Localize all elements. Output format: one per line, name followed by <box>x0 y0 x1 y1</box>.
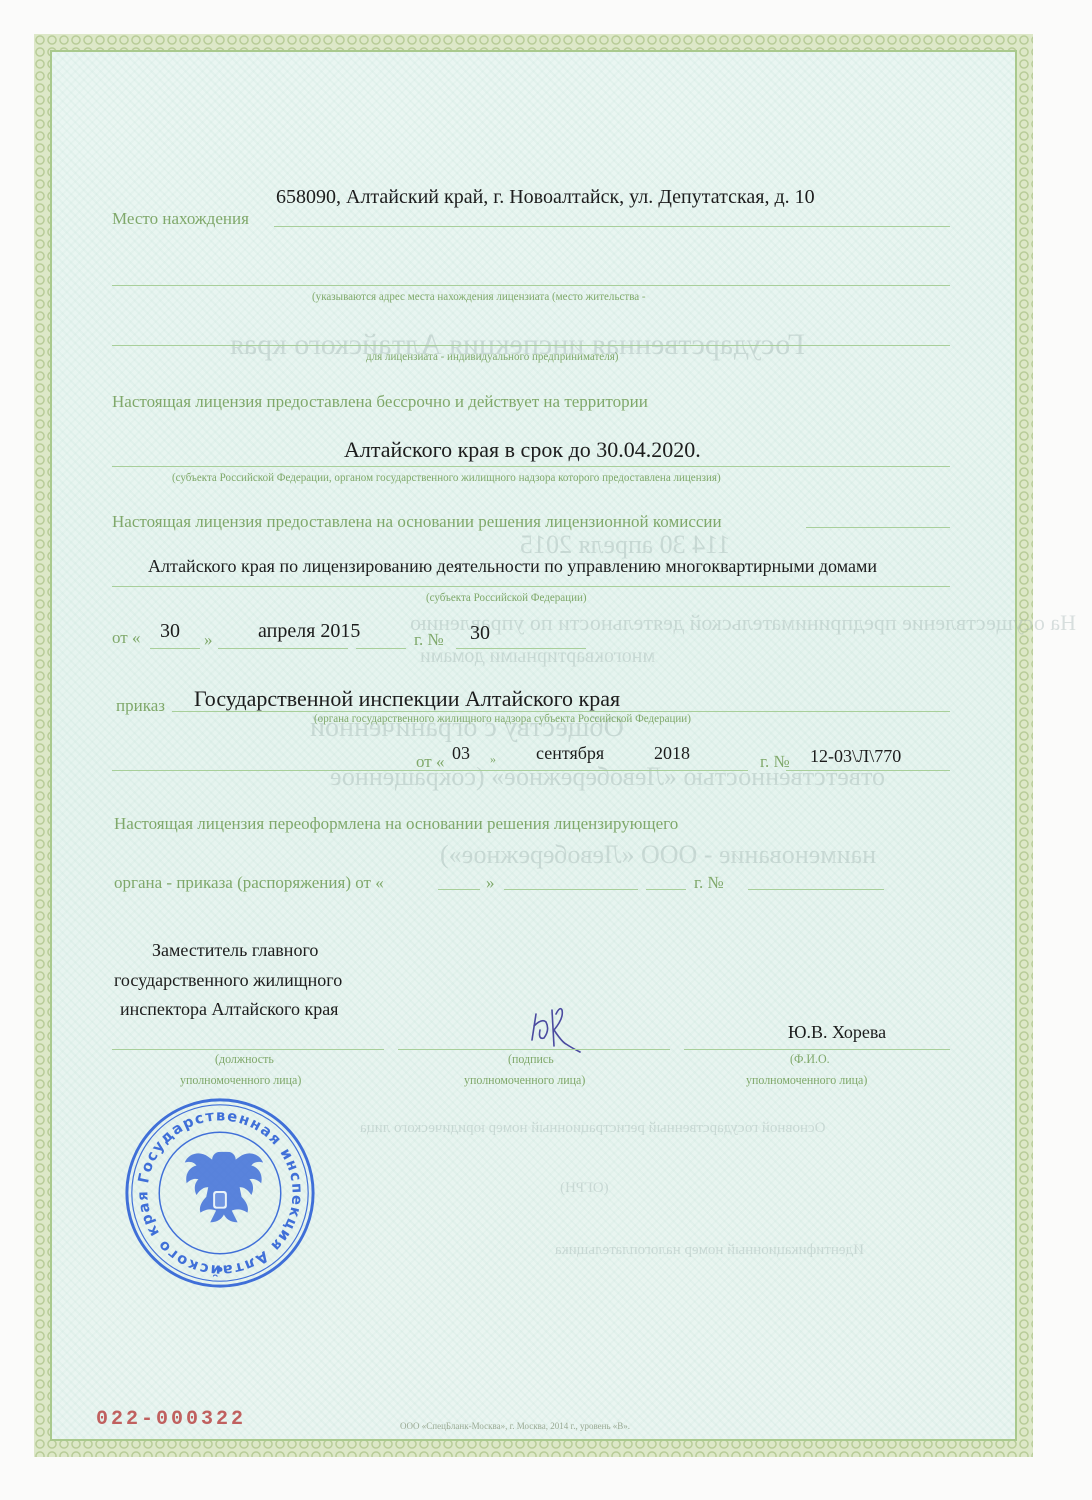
order-day: 03 <box>452 743 470 764</box>
address-line-3 <box>112 345 950 346</box>
commission-line <box>806 527 950 528</box>
address-line <box>274 226 950 227</box>
printer-imprint: ООО «СпецБланк-Москва», г. Москва, 2014 … <box>400 1421 630 1431</box>
reissue-number-field[interactable] <box>748 889 884 890</box>
commission-number-prefix: г. № <box>414 630 444 650</box>
signature-hint-2: уполномоченного лица) <box>464 1072 585 1088</box>
commission-number-line <box>456 648 586 649</box>
reissue-label: Настоящая лицензия переоформлена на осно… <box>114 814 678 834</box>
position-hint-2: уполномоченного лица) <box>180 1072 301 1088</box>
validity-line <box>112 466 950 467</box>
validity-hint: (субъекта Российской Федерации, органом … <box>172 470 721 485</box>
reissue-month-field[interactable] <box>504 889 638 890</box>
ghost-text: Идентификационный номер налогоплательщик… <box>555 1242 864 1259</box>
signature-hint: (подпись <box>508 1051 554 1067</box>
name-hint-2: уполномоченного лица) <box>746 1072 867 1088</box>
order-year: 2018 <box>654 743 690 764</box>
commission-label: Настоящая лицензия предоставлена на осно… <box>112 512 722 532</box>
position-hint: (должность <box>215 1051 274 1067</box>
ghost-text: ответственностью «Левобережное» (сокраще… <box>330 762 885 792</box>
signature-line <box>398 1049 670 1050</box>
address-line-2 <box>112 285 950 286</box>
commission-number: 30 <box>470 622 490 645</box>
commission-line-2 <box>112 586 950 587</box>
commission-month-year: апреля 2015 <box>258 620 360 643</box>
ghost-text: (ОГРН) <box>560 1180 609 1197</box>
serial-number: 022-000322 <box>96 1408 246 1431</box>
commission-day-suffix: » <box>204 630 213 650</box>
ghost-text: Основной государственный регистрационный… <box>360 1120 826 1137</box>
commission-year-line <box>356 648 406 649</box>
order-number-line <box>786 770 950 771</box>
name-hint: (Ф.И.О. <box>790 1051 830 1067</box>
reissue-label-2: органа - приказа (распоряжения) от « <box>114 873 384 893</box>
eagle-emblem-icon <box>185 1152 263 1223</box>
validity-label: Настоящая лицензия предоставлена бессроч… <box>112 392 648 412</box>
commission-month-line <box>218 648 348 649</box>
address-hint-2: для лицензиата - индивидуального предпри… <box>366 349 618 364</box>
address-label: Место нахождения <box>112 209 249 229</box>
reissue-day-field[interactable] <box>438 889 480 890</box>
signatory-position-2: государственного жилищного <box>114 970 342 991</box>
position-line <box>112 1049 384 1050</box>
commission-day-line <box>150 648 200 649</box>
order-date-line <box>112 770 748 771</box>
commission-hint: (субъекта Российской Федерации) <box>426 590 587 605</box>
reissue-year-field[interactable] <box>646 889 686 890</box>
order-day-suffix: » <box>490 752 496 767</box>
commission-value: Алтайского края по лицензированию деятел… <box>148 556 877 577</box>
order-month: сентября <box>536 743 604 764</box>
address-value: 658090, Алтайский край, г. Новоалтайск, … <box>276 186 815 209</box>
order-value: Государственной инспекции Алтайского кра… <box>194 686 620 712</box>
order-date-prefix: от « <box>416 752 444 772</box>
validity-value: Алтайского края в срок до 30.04.2020. <box>344 437 701 463</box>
order-label: приказ <box>116 696 165 716</box>
ghost-text: наименование - ООО «Левобережное») <box>440 840 876 870</box>
order-number-prefix: г. № <box>760 752 790 772</box>
reissue-day-suffix: » <box>486 873 495 893</box>
order-hint: (органа государственного жилищного надзо… <box>314 711 691 726</box>
signatory-position-3: инспектора Алтайского края <box>120 999 338 1020</box>
signatory-name: Ю.В. Хорева <box>788 1022 886 1043</box>
reissue-number-prefix: г. № <box>694 873 724 893</box>
name-line <box>684 1049 950 1050</box>
commission-date-prefix: от « <box>112 628 140 648</box>
address-hint: (указываются адрес места нахождения лице… <box>312 289 646 304</box>
commission-day: 30 <box>160 620 180 643</box>
signatory-position-1: Заместитель главного <box>152 940 318 961</box>
order-number: 12-03\Л\770 <box>810 746 901 767</box>
ghost-text: На осуществление предпринимательской дея… <box>410 610 1076 636</box>
official-seal: Государственная инспекция Алтайского кра… <box>122 1095 318 1291</box>
